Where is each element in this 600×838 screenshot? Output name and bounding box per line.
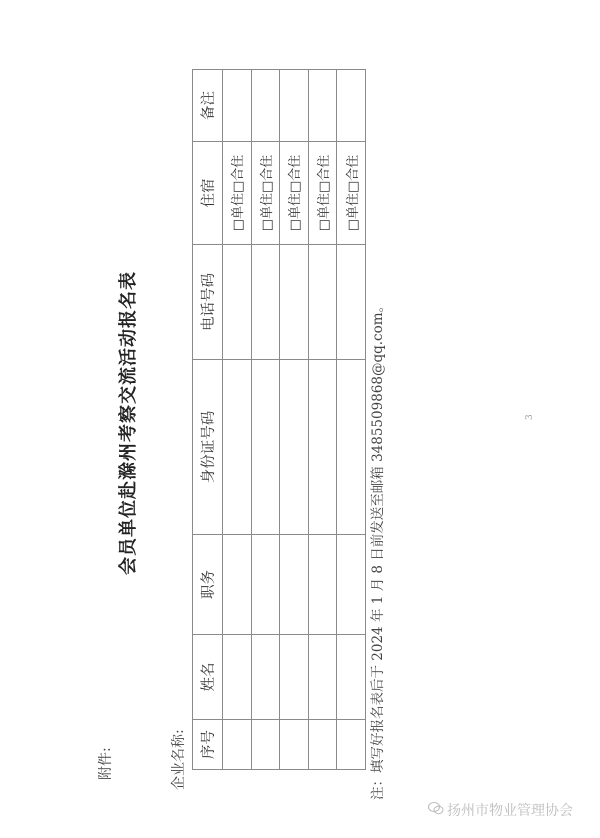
cell-phone[interactable] bbox=[223, 245, 252, 360]
watermark-text: 扬州市物业管理协会 bbox=[447, 803, 573, 819]
header-remark: 备注 bbox=[193, 70, 223, 142]
watermark: 扬州市物业管理协会 bbox=[428, 800, 573, 820]
cell-id-number[interactable] bbox=[280, 360, 309, 535]
cell-position[interactable] bbox=[251, 535, 280, 635]
header-position: 职务 bbox=[193, 535, 223, 635]
document-title: 会员单位赴滁州考察交流活动报名表 bbox=[114, 271, 140, 575]
cell-lodging[interactable]: □单住□合住 bbox=[337, 142, 366, 245]
wechat-icon bbox=[428, 802, 444, 819]
cell-remark[interactable] bbox=[308, 70, 337, 142]
cell-seq[interactable] bbox=[280, 720, 309, 770]
cell-remark[interactable] bbox=[223, 70, 252, 142]
cell-seq[interactable] bbox=[308, 720, 337, 770]
registration-table: 序号 姓名 职务 身份证号码 电话号码 住宿 备注 □单住□合住□单住□合住□单… bbox=[192, 70, 365, 770]
cell-position[interactable] bbox=[223, 535, 252, 635]
cell-name[interactable] bbox=[223, 635, 252, 720]
submission-note: 注：填写好报名表后于 2024 年 1 月 8 日前发送至邮箱 34855098… bbox=[366, 299, 386, 800]
cell-position[interactable] bbox=[280, 535, 309, 635]
header-id-number: 身份证号码 bbox=[193, 360, 223, 535]
table-row: □单住□合住 bbox=[280, 70, 309, 770]
cell-remark[interactable] bbox=[337, 70, 366, 142]
cell-remark[interactable] bbox=[251, 70, 280, 142]
table-row: □单住□合住 bbox=[308, 70, 337, 770]
cell-id-number[interactable] bbox=[308, 360, 337, 535]
table-row: □单住□合住 bbox=[223, 70, 252, 770]
company-name-label: 企业名称: bbox=[168, 729, 188, 790]
cell-id-number[interactable] bbox=[337, 360, 366, 535]
cell-seq[interactable] bbox=[337, 720, 366, 770]
header-lodging: 住宿 bbox=[193, 142, 223, 245]
page-number: 3 bbox=[525, 414, 535, 420]
cell-name[interactable] bbox=[308, 635, 337, 720]
table-row: □单住□合住 bbox=[251, 70, 280, 770]
table-row: □单住□合住 bbox=[337, 70, 366, 770]
cell-phone[interactable] bbox=[337, 245, 366, 360]
cell-seq[interactable] bbox=[223, 720, 252, 770]
cell-name[interactable] bbox=[337, 635, 366, 720]
cell-phone[interactable] bbox=[308, 245, 337, 360]
cell-remark[interactable] bbox=[280, 70, 309, 142]
cell-lodging[interactable]: □单住□合住 bbox=[251, 142, 280, 245]
header-name: 姓名 bbox=[193, 635, 223, 720]
cell-phone[interactable] bbox=[251, 245, 280, 360]
cell-name[interactable] bbox=[280, 635, 309, 720]
cell-id-number[interactable] bbox=[251, 360, 280, 535]
header-seq: 序号 bbox=[193, 720, 223, 770]
cell-phone[interactable] bbox=[280, 245, 309, 360]
cell-lodging[interactable]: □单住□合住 bbox=[308, 142, 337, 245]
cell-name[interactable] bbox=[251, 635, 280, 720]
cell-position[interactable] bbox=[337, 535, 366, 635]
cell-lodging[interactable]: □单住□合住 bbox=[223, 142, 252, 245]
cell-position[interactable] bbox=[308, 535, 337, 635]
cell-id-number[interactable] bbox=[223, 360, 252, 535]
header-phone: 电话号码 bbox=[193, 245, 223, 360]
cell-seq[interactable] bbox=[251, 720, 280, 770]
cell-lodging[interactable]: □单住□合住 bbox=[280, 142, 309, 245]
attachment-label: 附件: bbox=[95, 747, 115, 780]
